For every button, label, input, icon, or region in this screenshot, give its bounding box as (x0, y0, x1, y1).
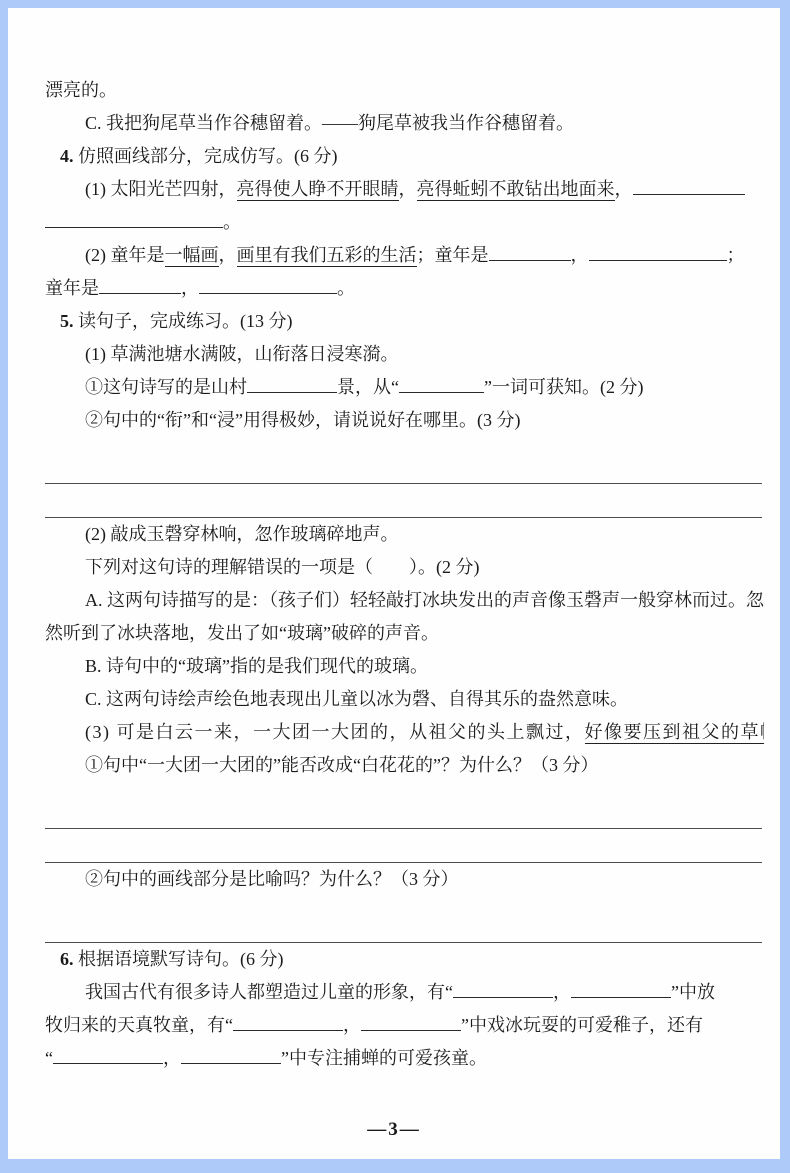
answer-line (45, 450, 762, 484)
text-run: ；童年是 (417, 245, 489, 265)
q5-item-2-option-a: A. 这两句诗描写的是：（孩子们）轻轻敲打冰块发出的声音像玉磬声一般穿林而过。忽 (45, 584, 764, 617)
document-body: 漂亮的。C. 我把狗尾草当作谷穗留着。——狗尾草被我当作谷穗留着。4. 仿照画线… (8, 8, 780, 1075)
q6-heading: 6. 根据语境默写诗句。(6 分) (45, 943, 764, 976)
text-run: A. 这两句诗描写的是：（孩子们）轻轻敲打冰块发出的声音像玉磬声一般穿林而过。忽 (85, 590, 764, 610)
q5-item-3-quote: (3) 可是白云一来，一大团一大团的，从祖父的头上飘过，好像要压到祖父的草帽了。 (45, 716, 764, 749)
text-run: (2) 童年是 (85, 245, 165, 265)
blank-field (181, 1047, 281, 1064)
q5-item-2-option-c: C. 这两句诗绘声绘色地表现出儿童以冰为磬、自得其乐的盎然意味。 (45, 683, 764, 716)
text-run: (1) 太阳光芒四射， (85, 179, 237, 199)
text-run: ； (727, 245, 745, 265)
text-run: ， (181, 278, 199, 298)
text-run: 然听到了冰块落地，发出了如“玻璃”破碎的声音。 (45, 623, 439, 643)
text-run: ①句中“一大团一大团的”能否改成“白花花的”？为什么？（3 分） (85, 755, 598, 775)
text-run: B. 诗句中的“玻璃”指的是我们现代的玻璃。 (85, 656, 428, 676)
q6-body-line-3: “，”中专注捕蝉的可爱孩童。 (45, 1042, 764, 1075)
text-run: ， (571, 245, 589, 265)
q5-item-2-stem: 下列对这句诗的理解错误的一项是（ ）。(2 分) (45, 551, 764, 584)
q3-option-c: C. 我把狗尾草当作谷穗留着。——狗尾草被我当作谷穗留着。 (45, 107, 764, 140)
text-run: ②句中的画线部分是比喻吗？为什么？（3 分） (85, 869, 459, 889)
text-run: ， (219, 245, 237, 265)
q4-item-1: (1) 太阳光芒四射，亮得使人睁不开眼睛，亮得蚯蚓不敢钻出地面来， (45, 173, 764, 206)
q3-option-continuation: 漂亮的。 (45, 74, 764, 107)
text-run: (1) 草满池塘水满陂，山衔落日浸寒漪。 (85, 344, 399, 364)
underlined-text: 亮得蚯蚓不敢钻出地面来 (417, 179, 615, 201)
blank-field (99, 277, 181, 294)
blank-field (589, 244, 727, 261)
q4-item-2: (2) 童年是一幅画，画里有我们五彩的生活；童年是，； (45, 239, 764, 272)
answer-line (45, 795, 762, 829)
blank-field (361, 1014, 461, 1031)
text-run: 4. (60, 146, 74, 166)
q6-body-line-1: 我国古代有很多诗人都塑造过儿童的形象，有“，”中放 (45, 976, 764, 1009)
blank-field (453, 981, 553, 998)
text-run: 仿照画线部分，完成仿写。(6 分) (74, 146, 338, 166)
blank-field (571, 981, 671, 998)
blank-field (45, 211, 223, 228)
text-run: ， (553, 982, 571, 1002)
q4-item-2-continuation: 童年是，。 (45, 272, 764, 305)
q5-item-3-sub-2: ②句中的画线部分是比喻吗？为什么？（3 分） (45, 863, 764, 896)
underlined-text: 一幅画 (165, 245, 219, 267)
page-number: —3— (8, 1119, 780, 1141)
text-run: ①这句诗写的是山村 (85, 377, 247, 397)
text-run: 根据语境默写诗句。(6 分) (74, 949, 284, 969)
blank-field (633, 178, 745, 195)
text-run: 。 (337, 278, 355, 298)
blank-field (53, 1047, 163, 1064)
q5-item-1-quote: (1) 草满池塘水满陂，山衔落日浸寒漪。 (45, 338, 764, 371)
answer-line (45, 484, 762, 518)
q5-item-2-option-a-continuation: 然听到了冰块落地，发出了如“玻璃”破碎的声音。 (45, 617, 764, 650)
text-run: ”中放 (671, 982, 715, 1002)
text-run: 牧归来的天真牧童，有“ (45, 1015, 233, 1035)
text-run: ， (343, 1015, 361, 1035)
answer-line (45, 909, 762, 943)
text-run: 童年是 (45, 278, 99, 298)
text-run: ”一词可获知。(2 分) (484, 377, 643, 397)
q5-heading: 5. 读句子，完成练习。(13 分) (45, 305, 764, 338)
text-run: 我国古代有很多诗人都塑造过儿童的形象，有“ (85, 982, 453, 1002)
underlined-text: 亮得使人睁不开眼睛 (237, 179, 399, 201)
text-run: 5. (60, 311, 74, 331)
text-run: “ (45, 1048, 53, 1068)
q6-body-line-2: 牧归来的天真牧童，有“，”中戏冰玩耍的可爱稚子，还有 (45, 1009, 764, 1042)
q4-item-1-continuation: 。 (45, 206, 764, 239)
text-run: 漂亮的。 (45, 80, 117, 100)
underlined-text: 好像要压到祖父的草帽了。 (585, 722, 765, 744)
q5-item-2-quote: (2) 敲成玉磬穿林响，忽作玻璃碎地声。 (45, 518, 764, 551)
underlined-text: 画里有我们五彩的生活 (237, 245, 417, 267)
text-run: C. 我把狗尾草当作谷穗留着。——狗尾草被我当作谷穗留着。 (85, 113, 574, 133)
text-run: ， (615, 179, 633, 199)
text-run: 景，从“ (337, 377, 399, 397)
text-run: (2) 敲成玉磬穿林响，忽作玻璃碎地声。 (85, 524, 399, 544)
text-run: 读句子，完成练习。(13 分) (74, 311, 293, 331)
text-run: 下列对这句诗的理解错误的一项是（ ）。(2 分) (85, 557, 480, 577)
text-run: ， (163, 1048, 181, 1068)
blank-field (247, 376, 337, 393)
text-run: C. 这两句诗绘声绘色地表现出儿童以冰为磬、自得其乐的盎然意味。 (85, 689, 628, 709)
blank-field (489, 244, 571, 261)
text-run: (3) 可是白云一来，一大团一大团的，从祖父的头上飘过， (85, 722, 585, 742)
answer-line (45, 829, 762, 863)
q5-item-1-sub-1: ①这句诗写的是山村景，从“”一词可获知。(2 分) (45, 371, 764, 404)
q5-item-2-option-b: B. 诗句中的“玻璃”指的是我们现代的玻璃。 (45, 650, 764, 683)
text-run: 。 (223, 212, 241, 232)
worksheet-page: 漂亮的。C. 我把狗尾草当作谷穗留着。——狗尾草被我当作谷穗留着。4. 仿照画线… (8, 8, 780, 1159)
text-run: ②句中的“衔”和“浸”用得极妙，请说说好在哪里。(3 分) (85, 410, 520, 430)
text-run: ”中戏冰玩耍的可爱稚子，还有 (461, 1015, 703, 1035)
text-run: ”中专注捕蝉的可爱孩童。 (281, 1048, 487, 1068)
blank-field (199, 277, 337, 294)
blank-field (399, 376, 484, 393)
q5-item-3-sub-1: ①句中“一大团一大团的”能否改成“白花花的”？为什么？（3 分） (45, 749, 764, 782)
blank-field (233, 1014, 343, 1031)
text-run: ， (399, 179, 417, 199)
q4-heading: 4. 仿照画线部分，完成仿写。(6 分) (45, 140, 764, 173)
text-run: 6. (60, 949, 74, 969)
q5-item-1-sub-2: ②句中的“衔”和“浸”用得极妙，请说说好在哪里。(3 分) (45, 404, 764, 437)
